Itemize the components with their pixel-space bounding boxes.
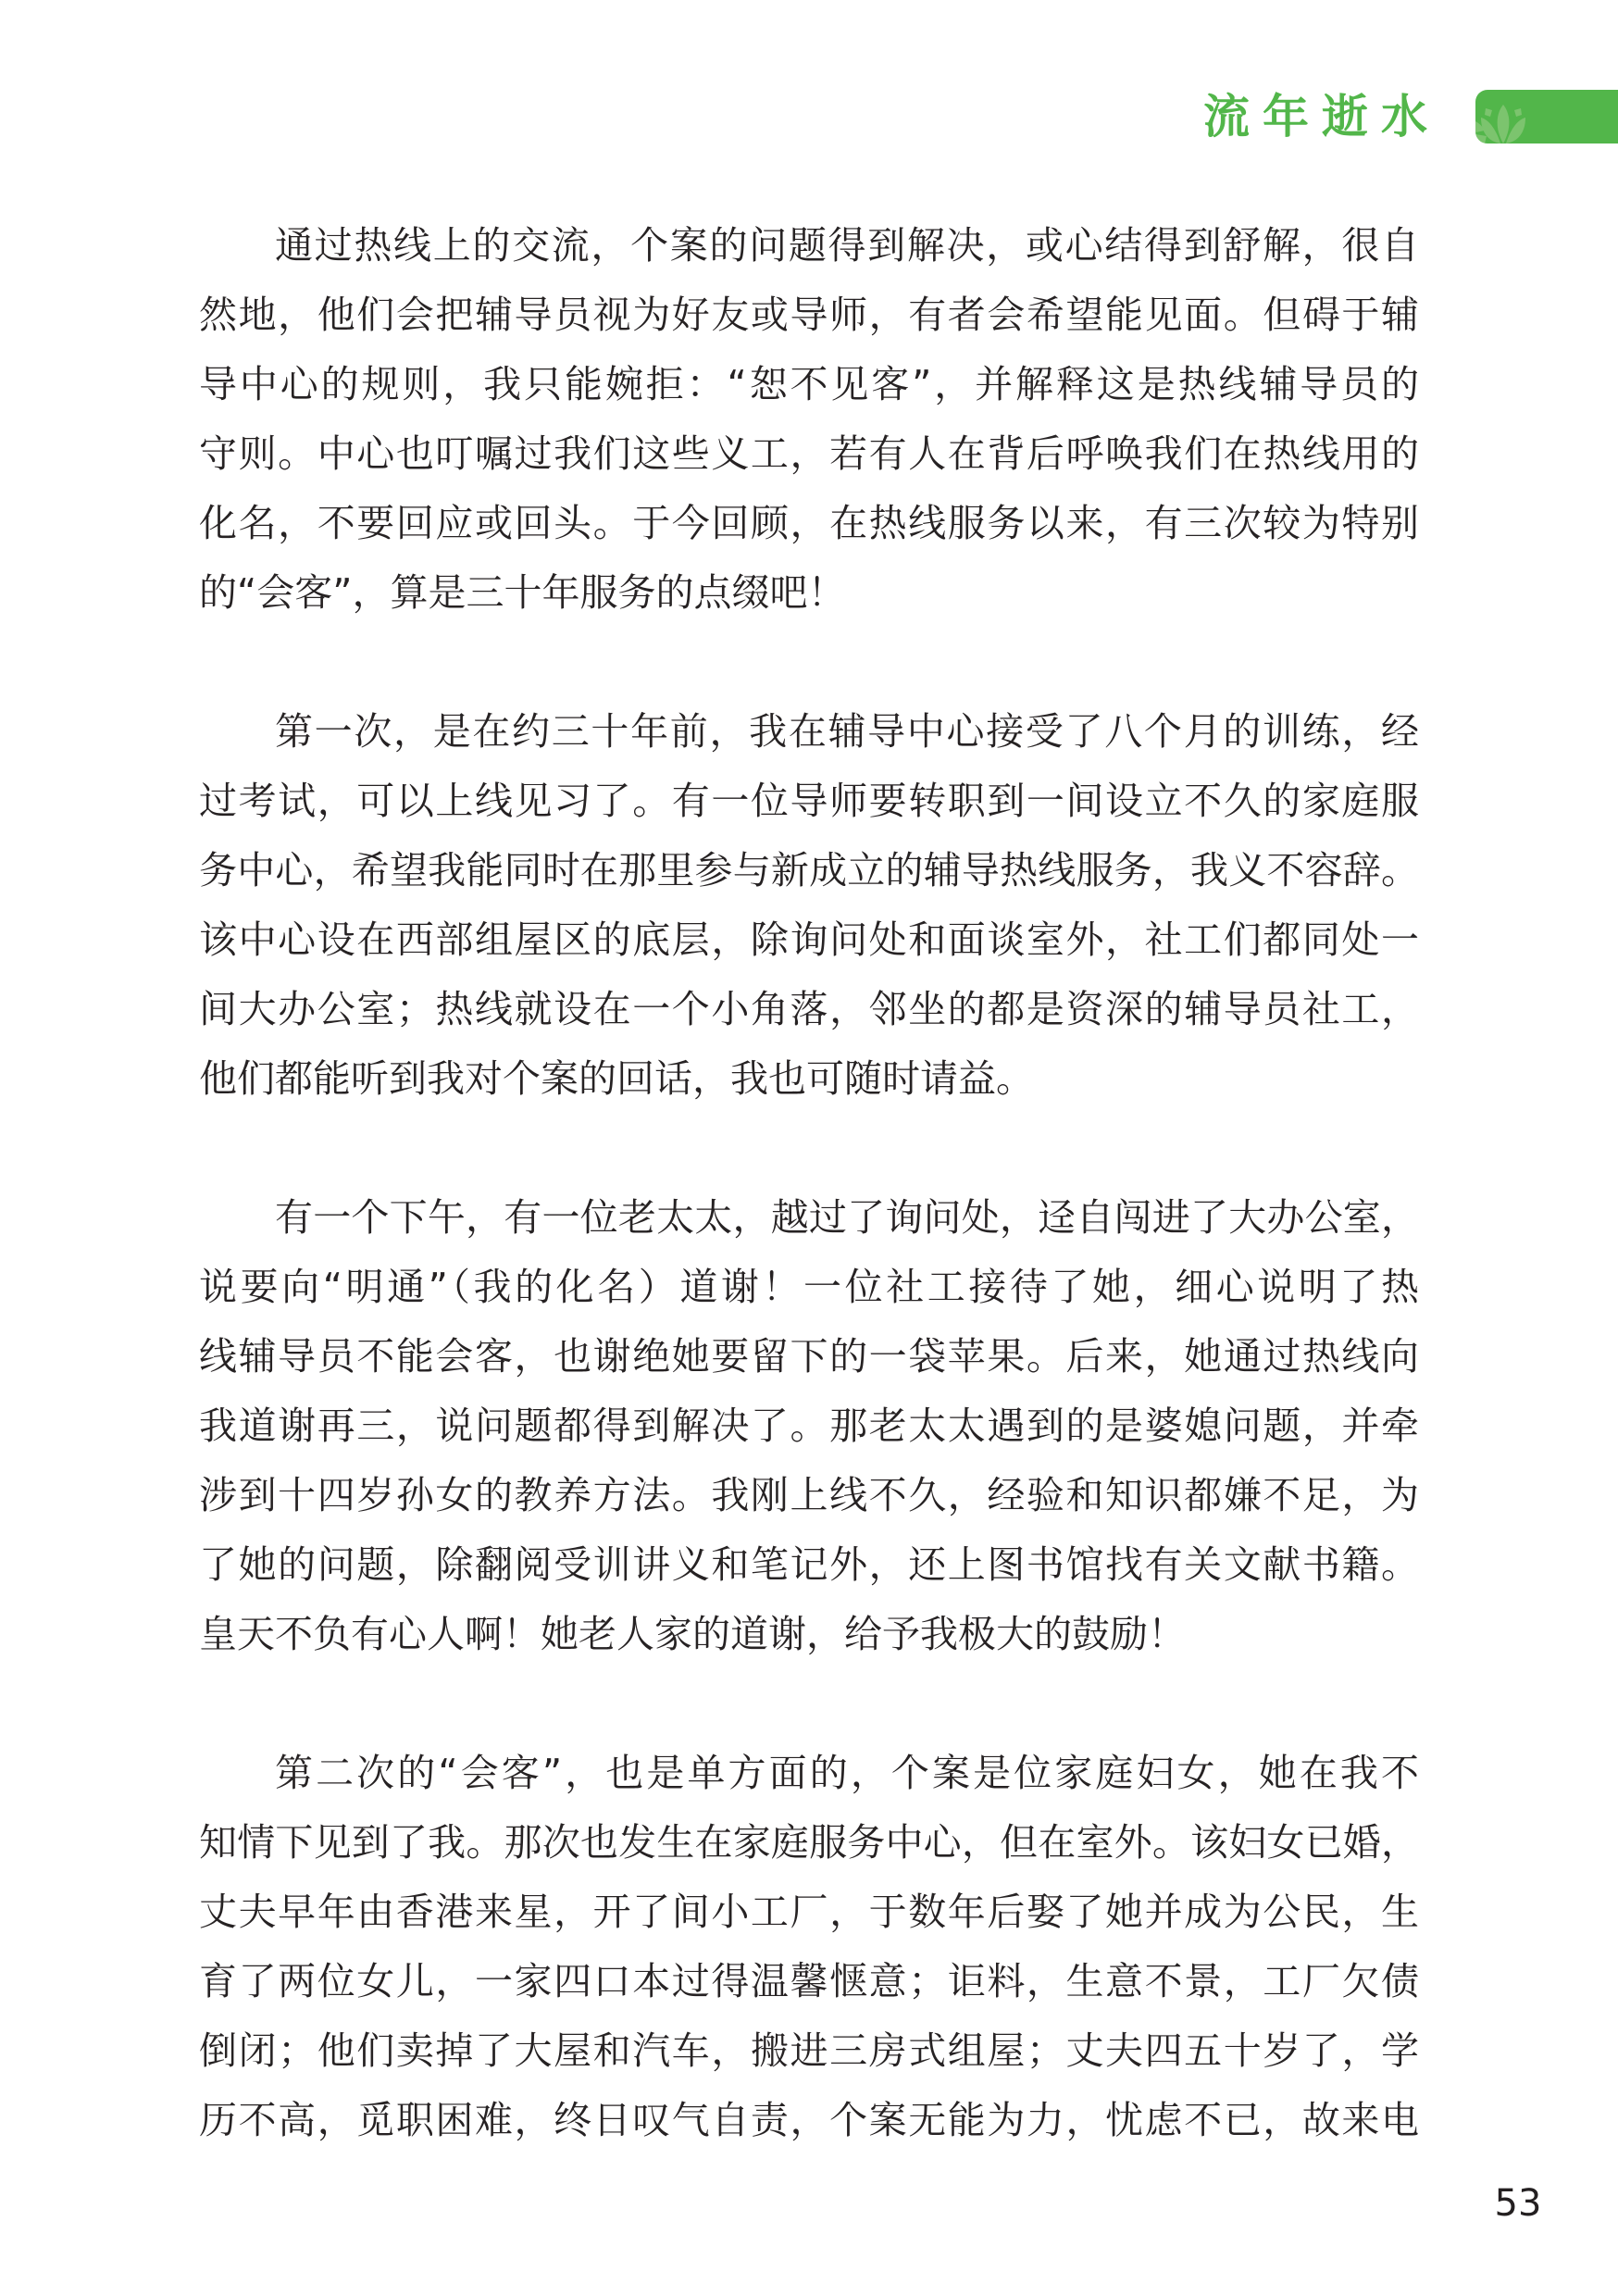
- text-line: 倒闭；他们卖掉了大屋和汽车，搬进三房式组屋；丈夫四五十岁了，学: [199, 2016, 1419, 2086]
- text-line: 第二次的“会客”，也是单方面的，个案是位家庭妇女，她在我不: [199, 1739, 1419, 1808]
- text-line: 的“会客”，算是三十年服务的点缀吧！: [199, 558, 1419, 628]
- paragraph-4: 第二次的“会客”，也是单方面的，个案是位家庭妇女，她在我不 知情下见到了我。那次…: [199, 1739, 1419, 2155]
- text-line: 有一个下午，有一位老太太，越过了询问处，迳自闯进了大办公室，: [199, 1183, 1419, 1253]
- text-line: 知情下见到了我。那次也发生在家庭服务中心，但在室外。该妇女已婚，: [199, 1808, 1419, 1878]
- text-line: 守则。中心也叮嘱过我们这些义工，若有人在背后呼唤我们在热线用的: [199, 419, 1419, 489]
- text-line: 过考试，可以上线见习了。有一位导师要转职到一间设立不久的家庭服: [199, 767, 1419, 836]
- paragraph-2: 第一次，是在约三十年前，我在辅导中心接受了八个月的训练，经 过考试，可以上线见习…: [199, 697, 1419, 1114]
- header-tab: [1475, 90, 1618, 143]
- paragraph-3: 有一个下午，有一位老太太，越过了询问处，迳自闯进了大办公室， 说要向“明通”（我…: [199, 1183, 1419, 1669]
- text-line: 通过热线上的交流，个案的问题得到解决，或心结得到舒解，很自: [199, 211, 1419, 281]
- text-line: 涉到十四岁孙女的教养方法。我刚上线不久，经验和知识都嫌不足，为: [199, 1461, 1419, 1530]
- text-line: 间大办公室；热线就设在一个小角落，邻坐的都是资深的辅导员社工，: [199, 975, 1419, 1044]
- page-header: 流年逝水: [0, 0, 1618, 167]
- text-line: 然地，他们会把辅导员视为好友或导师，有者会希望能见面。但碍于辅: [199, 281, 1419, 350]
- text-line: 说要向“明通”（我的化名）道谢！一位社工接待了她，细心说明了热: [199, 1253, 1419, 1322]
- paragraph-1: 通过热线上的交流，个案的问题得到解决，或心结得到舒解，很自 然地，他们会把辅导员…: [199, 211, 1419, 628]
- text-line: 皇天不负有心人啊！她老人家的道谢，给予我极大的鼓励！: [199, 1600, 1419, 1669]
- text-line: 第一次，是在约三十年前，我在辅导中心接受了八个月的训练，经: [199, 697, 1419, 767]
- text-line: 务中心，希望我能同时在那里参与新成立的辅导热线服务，我义不容辞。: [199, 836, 1419, 905]
- page-number: 53: [1486, 2181, 1550, 2226]
- text-line: 我道谢再三，说问题都得到解决了。那老太太遇到的是婆媳问题，并牵: [199, 1391, 1419, 1461]
- text-line: 该中心设在西部组屋区的底层，除询问处和面谈室外，社工们都同处一: [199, 905, 1419, 975]
- running-title: 流年逝水: [1203, 87, 1440, 146]
- text-line: 丈夫早年由香港来星，开了间小工厂，于数年后娶了她并成为公民，生: [199, 1878, 1419, 1947]
- text-line: 他们都能听到我对个案的回话，我也可随时请益。: [199, 1044, 1419, 1114]
- text-line: 导中心的规则，我只能婉拒：“恕不见客”，并解释这是热线辅导员的: [199, 350, 1419, 419]
- article-body: 通过热线上的交流，个案的问题得到解决，或心结得到舒解，很自 然地，他们会把辅导员…: [199, 211, 1419, 2225]
- text-line: 线辅导员不能会客，也谢绝她要留下的一袋苹果。后来，她通过热线向: [199, 1322, 1419, 1391]
- text-line: 化名，不要回应或回头。于今回顾，在热线服务以来，有三次较为特别: [199, 489, 1419, 558]
- text-line: 育了两位女儿，一家四口本过得温馨惬意；讵料，生意不景，工厂欠债: [199, 1947, 1419, 2016]
- text-line: 历不高，觅职困难，终日叹气自责，个案无能为力，忧虑不已，故来电: [199, 2086, 1419, 2155]
- text-line: 了她的问题，除翻阅受训讲义和笔记外，还上图书馆找有关文献书籍。: [199, 1530, 1419, 1600]
